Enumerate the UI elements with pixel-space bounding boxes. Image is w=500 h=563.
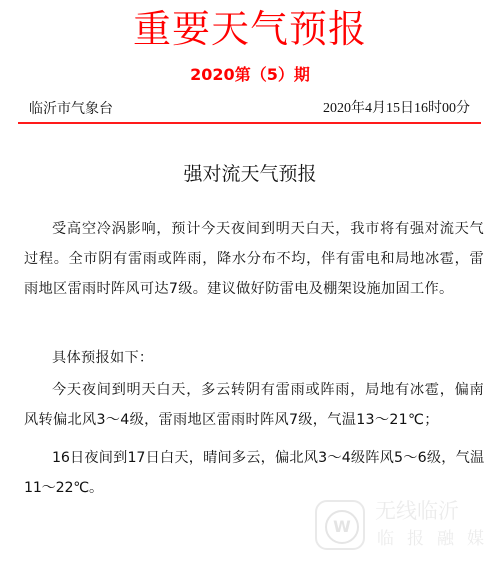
watermark: W 无线临沂 临报融媒 — [315, 497, 495, 557]
issue-number: 2020第（5）期 — [0, 64, 500, 86]
paragraph-forecast-tonight: 今天夜间到明天白天，多云转阴有雷雨或阵雨，局地有冰雹，偏南风转偏北风3～4级，雷… — [24, 375, 484, 435]
red-divider — [18, 122, 481, 124]
article-title: 强对流天气预报 — [0, 161, 500, 187]
watermark-brand: 无线临沂 — [375, 497, 459, 525]
watermark-subbrand: 临报融媒 — [377, 528, 497, 550]
document-title: 重要天气预报 — [0, 6, 500, 52]
paragraph-forecast-16th-17th: 16日夜间到17日白天，晴间多云，偏北风3～4级阵风5～6级，气温11～22℃。 — [24, 443, 484, 503]
watermark-logo-icon: W — [315, 500, 365, 550]
paragraph-forecast-intro: 具体预报如下： — [24, 343, 484, 373]
paragraph-summary: 受高空冷涡影响，预计今天夜间到明天白天，我市将有强对流天气过程。全市阴有雷雨或阵… — [24, 214, 484, 304]
watermark-w-icon: W — [325, 510, 359, 544]
issue-timestamp: 2020年4月15日16时00分 — [323, 99, 470, 119]
issuer-name: 临沂市气象台 — [29, 99, 113, 119]
